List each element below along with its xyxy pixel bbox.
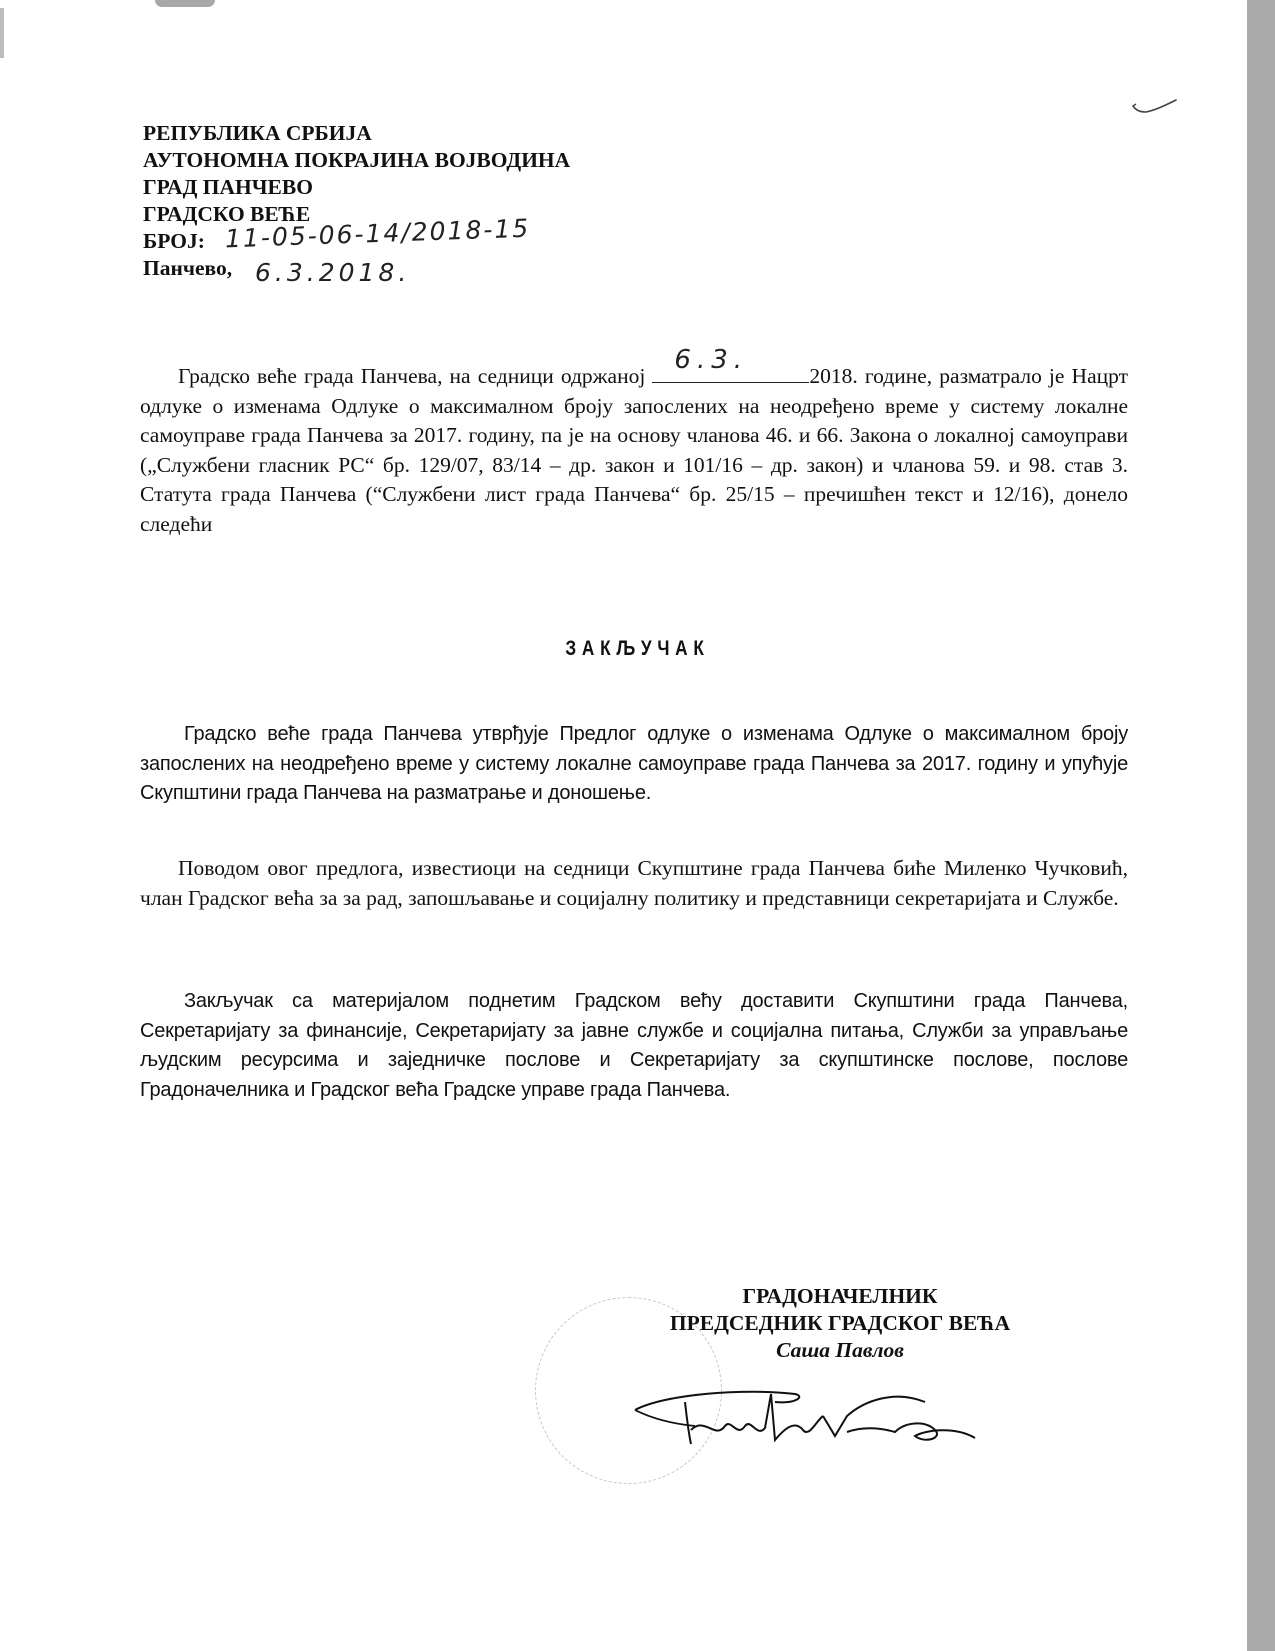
header-line-province: АУТОНОМНА ПОКРАЈИНА ВОЈВОДИНА (143, 147, 570, 174)
intro-paragraph: Градско веће града Панчева, на седници о… (140, 362, 1128, 539)
signatory-title-mayor: ГРАДОНАЧЕЛНИК (630, 1283, 1050, 1310)
conclusion-paragraph-1: Градско веће града Панчева утврђује Пред… (140, 720, 1128, 809)
scan-edge-shadow (1247, 0, 1275, 1651)
intro-text-before: Градско веће града Панчева, на седници о… (178, 364, 652, 388)
reference-number-label: БРОЈ: (143, 229, 205, 253)
date-value: 6.3.2018. (255, 259, 410, 286)
header-line-republic: РЕПУБЛИКА СРБИЈА (143, 120, 570, 147)
signatory-title-president: ПРЕДСЕДНИК ГРАДСКОГ ВЕЋА (630, 1310, 1050, 1337)
session-date-blank: 6.3. (652, 362, 809, 383)
session-date-handwritten: 6.3. (674, 346, 748, 376)
handwritten-signature-icon (625, 1380, 985, 1450)
signatory-name: Саша Павлов (630, 1337, 1050, 1364)
intro-text-after: 2018. године, разматрало је Нацрт одлуке… (140, 364, 1128, 536)
handwritten-checkmark-icon (1130, 96, 1180, 122)
place-label: Панчево, (143, 256, 232, 280)
document-header: РЕПУБЛИКА СРБИЈА АУТОНОМНА ПОКРАЈИНА ВОЈ… (143, 120, 570, 282)
header-line-city: ГРАД ПАНЧЕВО (143, 174, 570, 201)
conclusion-paragraph-2: Поводом овог предлога, известиоци на сед… (140, 854, 1128, 913)
scan-edge-artifact (0, 8, 4, 58)
conclusion-paragraph-3: Закључак са материјалом поднетим Градско… (140, 987, 1128, 1105)
scan-smudge (155, 0, 215, 7)
signature-block: ГРАДОНАЧЕЛНИК ПРЕДСЕДНИК ГРАДСКОГ ВЕЋА С… (630, 1283, 1050, 1364)
reference-number: БРОЈ: 11-05-06-14/2018-15 (143, 228, 570, 255)
document-title: ЗАКЉУЧАК (115, 637, 1161, 661)
place-date: Панчево, 6.3.2018. (143, 255, 570, 282)
